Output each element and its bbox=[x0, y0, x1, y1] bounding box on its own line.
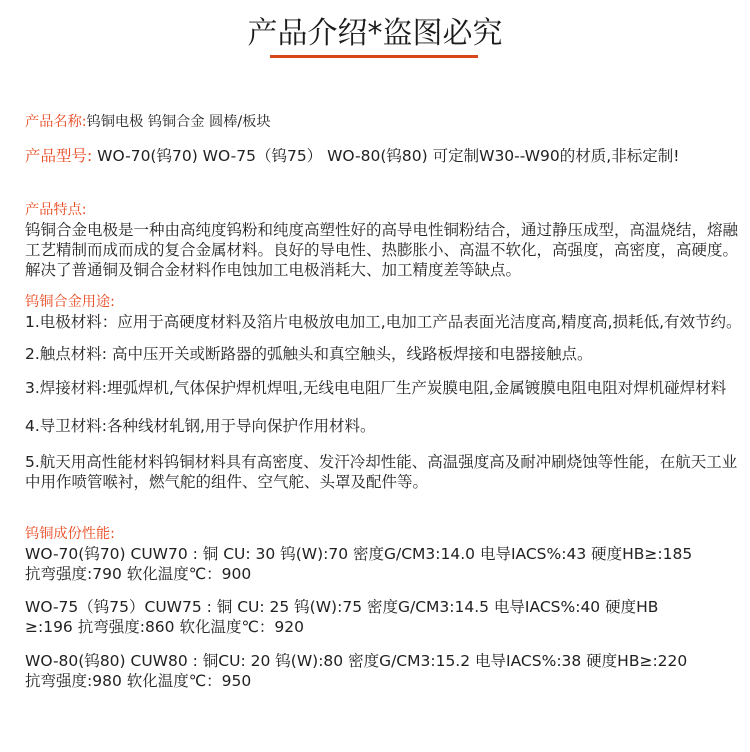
grade-wo80-line-2: 抗弯强度:980 软化温度℃：950 bbox=[25, 671, 740, 691]
uses-section-header: 钨铜合金用途: 1.电极材料：应用于高硬度材料及箔片电极放电加工,电加工产品表面… bbox=[25, 292, 740, 332]
use-item-4: 4.导卫材料:各种线材轧钢,用于导向保护作用材料。 bbox=[25, 416, 740, 436]
features-section: 产品特点: 钨铜合金电极是一种由高纯度钨粉和纯度高塑性好的高导电性铜粉结合，通过… bbox=[25, 200, 740, 280]
use-item-2: 2.触点材料: 高中压开关或断路器的弧触头和真空触头，线路板焊接和电器接触点。 bbox=[25, 344, 740, 364]
title-underline-divider bbox=[270, 55, 478, 58]
features-line-2: 工艺精制而成而成的复合金属材料。良好的导电性、热膨胀小、高温不软化，高强度，高密… bbox=[25, 240, 740, 260]
features-line-3: 解决了普通铜及铜合金材料作电蚀加工电极消耗大、加工精度差等缺点。 bbox=[25, 260, 740, 280]
grade-wo80-line-1: WO-80(钨80) CUW80 : 铜CU: 20 钨(W):80 密度G/C… bbox=[25, 651, 740, 671]
use-item-5-line-1: 5.航天用高性能材料钨铜材料具有高密度、发汗冷却性能、高温强度高及耐冲刷烧蚀等性… bbox=[25, 452, 740, 472]
product-name-value: 钨铜电极 钨铜合金 圆棒/板块 bbox=[87, 114, 271, 130]
use-item-5: 5.航天用高性能材料钨铜材料具有高密度、发汗冷却性能、高温强度高及耐冲刷烧蚀等性… bbox=[25, 452, 740, 492]
grade-wo70-line-2: 抗弯强度:790 软化温度℃：900 bbox=[25, 564, 740, 584]
use-item-1: 1.电极材料：应用于高硬度材料及箔片电极放电加工,电加工产品表面光洁度高,精度高… bbox=[25, 312, 740, 332]
use-item-3: 3.焊接材料:埋弧焊机,气体保护焊机焊咀,无线电电阻厂生产炭膜电阻,金属镀膜电阻… bbox=[25, 378, 740, 398]
product-model-value: WO-70(钨70) WO-75（钨75） WO-80(钨80) 可定制W30-… bbox=[92, 147, 679, 165]
product-name-row: 产品名称:钨铜电极 钨铜合金 圆棒/板块 bbox=[25, 112, 740, 132]
composition-label: 钨铜成份性能: bbox=[25, 524, 740, 544]
grade-wo75: WO-75（钨75）CUW75 : 铜 CU: 25 钨(W):75 密度G/C… bbox=[25, 597, 740, 637]
page-title: 产品介绍*盗图必究 bbox=[0, 14, 750, 54]
product-model-row: 产品型号: WO-70(钨70) WO-75（钨75） WO-80(钨80) 可… bbox=[25, 146, 740, 166]
grade-wo70-line-1: WO-70(钨70) CUW70 : 铜 CU: 30 钨(W):70 密度G/… bbox=[25, 544, 740, 564]
grade-wo75-line-2: ≥:196 抗弯强度:860 软化温度℃：920 bbox=[25, 617, 740, 637]
product-model-label: 产品型号: bbox=[25, 147, 92, 165]
features-label: 产品特点: bbox=[25, 200, 740, 220]
use-item-5-line-2: 中用作喷管喉衬，燃气舵的组件、空气舵、头罩及配件等。 bbox=[25, 472, 740, 492]
uses-label: 钨铜合金用途: bbox=[25, 292, 740, 312]
composition-section: 钨铜成份性能: WO-70(钨70) CUW70 : 铜 CU: 30 钨(W)… bbox=[25, 524, 740, 584]
product-name-label: 产品名称: bbox=[25, 114, 87, 130]
grade-wo75-line-1: WO-75（钨75）CUW75 : 铜 CU: 25 钨(W):75 密度G/C… bbox=[25, 597, 740, 617]
grade-wo80: WO-80(钨80) CUW80 : 铜CU: 20 钨(W):80 密度G/C… bbox=[25, 651, 740, 691]
features-line-1: 钨铜合金电极是一种由高纯度钨粉和纯度高塑性好的高导电性铜粉结合，通过静压成型，高… bbox=[25, 220, 740, 240]
